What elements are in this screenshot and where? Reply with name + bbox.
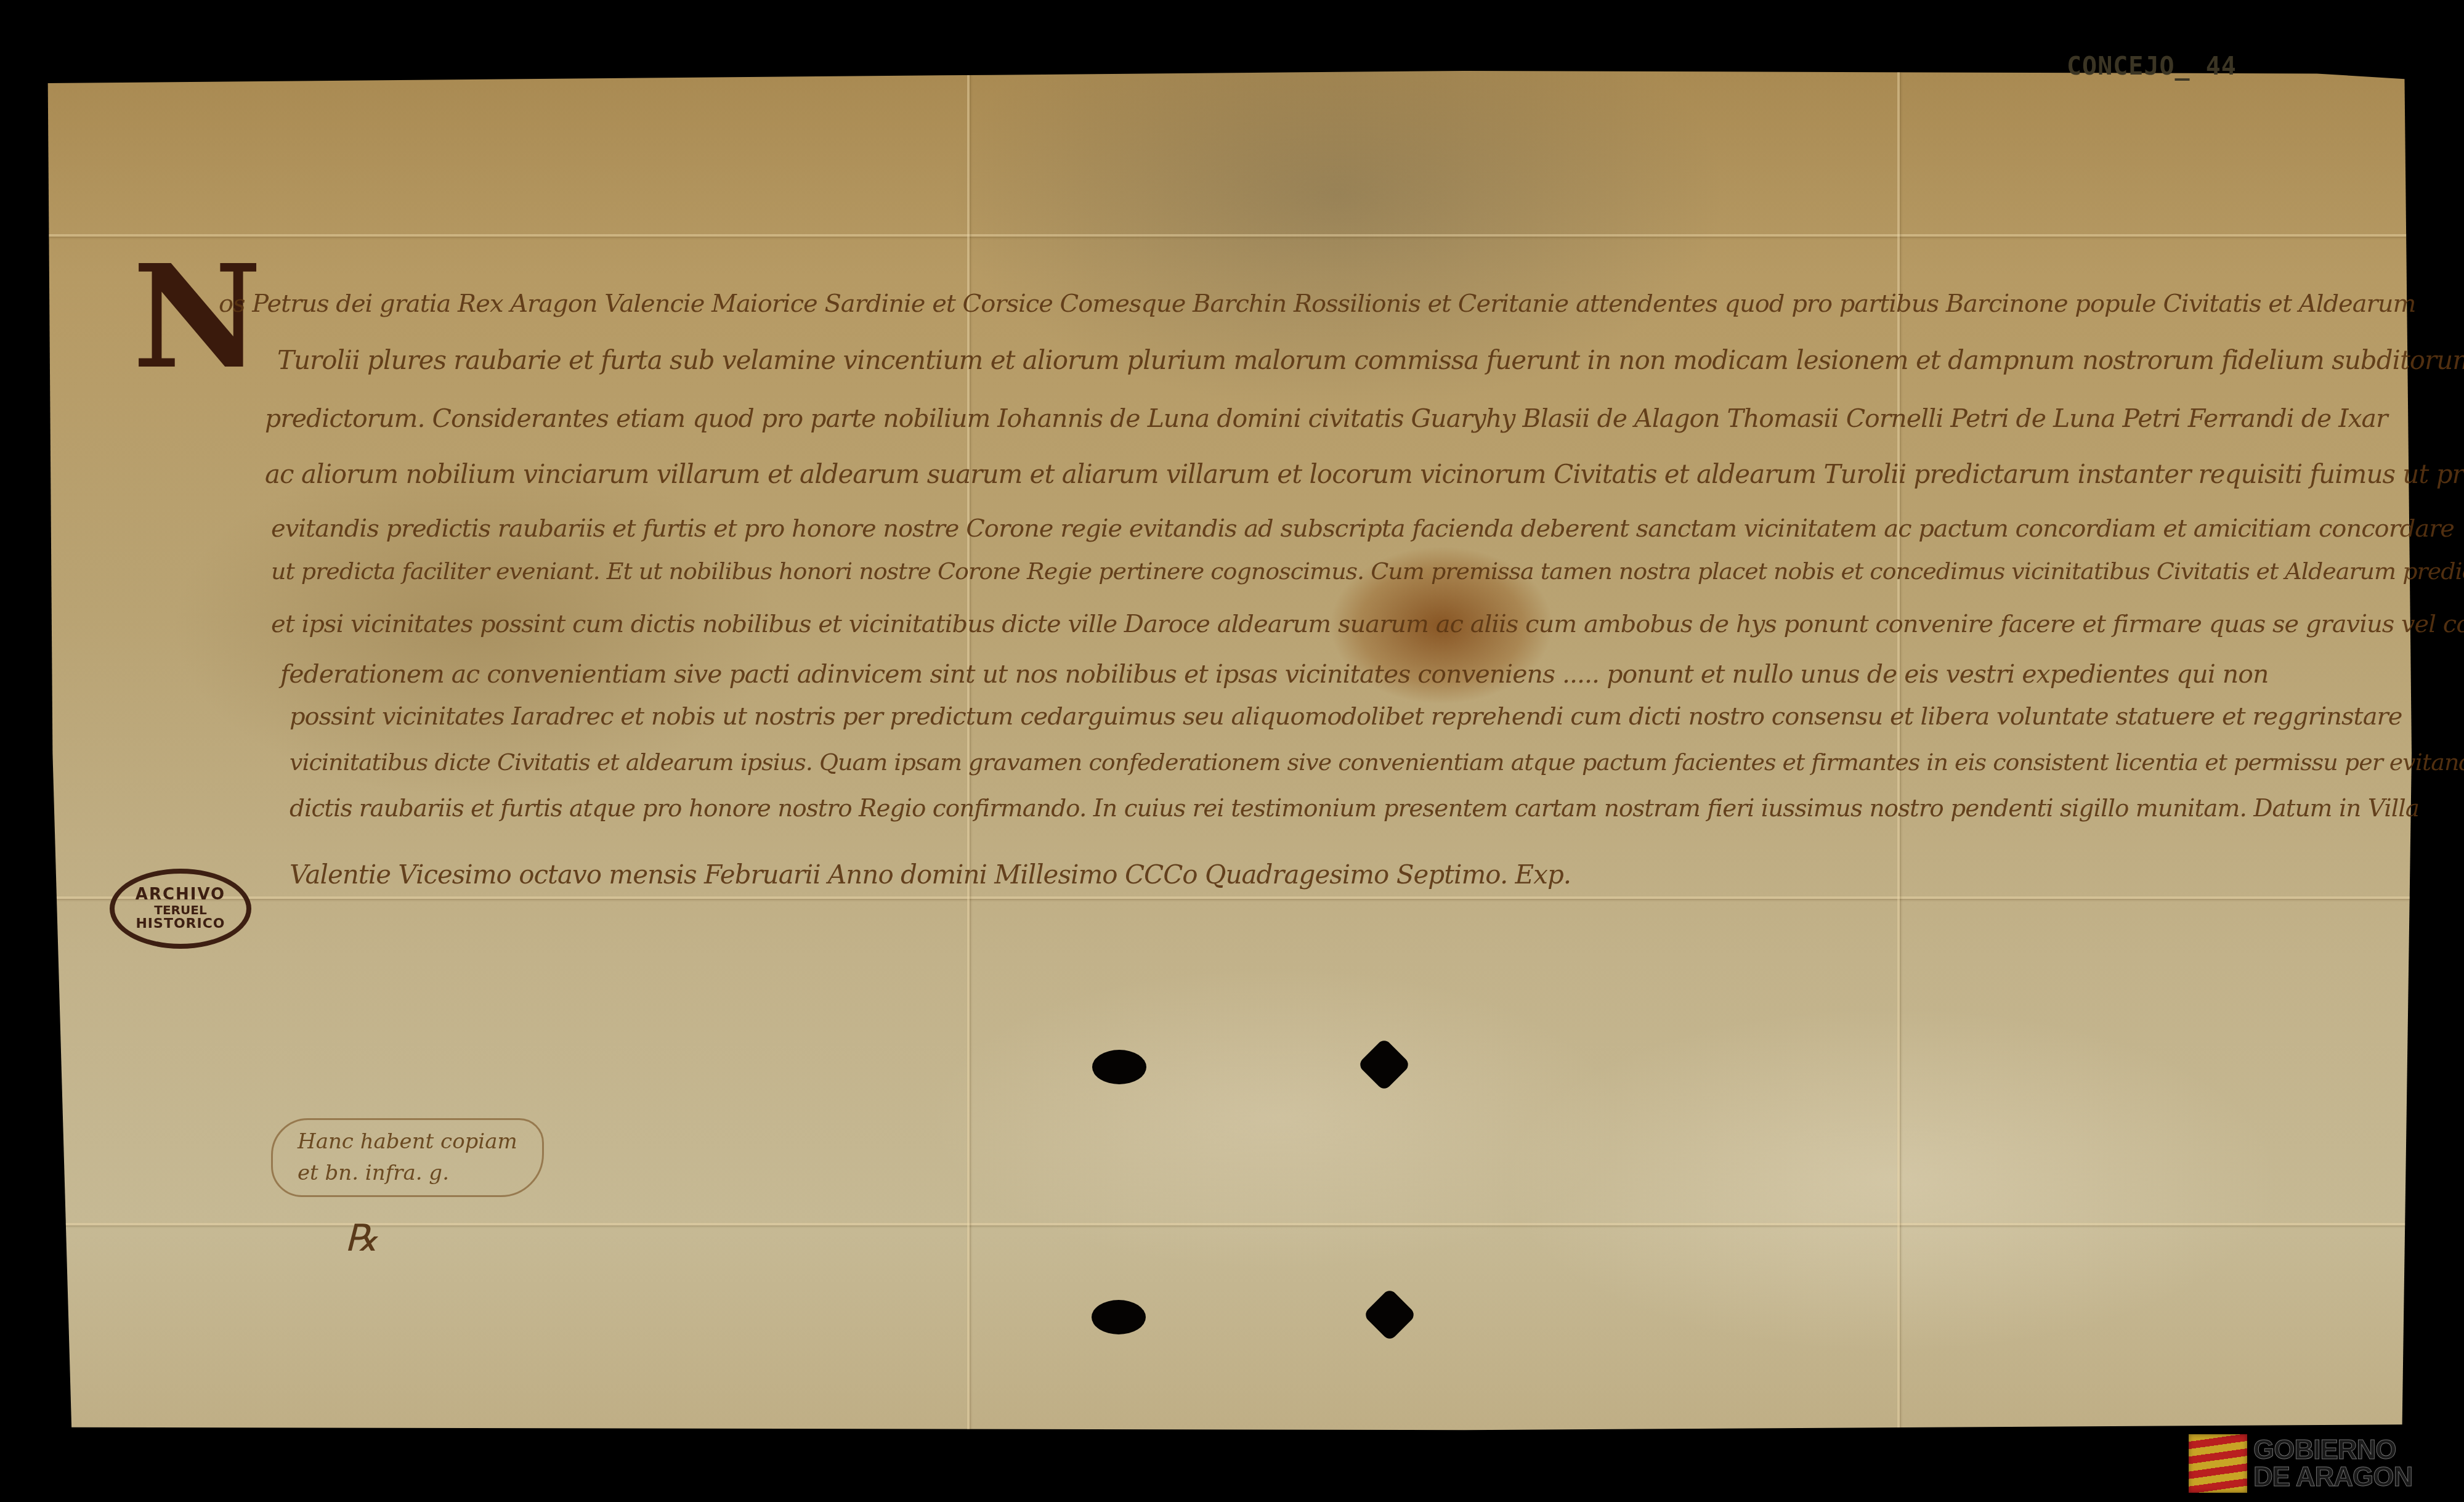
- text-line: os Petrus dei gratia Rex Aragon Valencie…: [219, 290, 2415, 318]
- text-line: ut predicta faciliter eveniant. Et ut no…: [271, 558, 2464, 585]
- seal-hole: [1092, 1300, 1146, 1334]
- text-line: dictis raubariis et furtis atque pro hon…: [290, 795, 2419, 822]
- text-line: predictorum. Considerantes etiam quod pr…: [265, 404, 2388, 433]
- stamp-line: HISTORICO: [136, 917, 225, 931]
- text-line: possint vicinitates Iaradrec et nobis ut…: [290, 702, 2402, 731]
- watermark-line: GOBIERNO: [2253, 1437, 2412, 1463]
- fold-line: [43, 896, 2412, 899]
- stamp-line: ARCHIVO: [136, 887, 225, 903]
- text-line: vicinitatibus dicte Civitatis et aldearu…: [290, 749, 2464, 776]
- fold-line: [43, 1223, 2412, 1225]
- fold-line: [43, 234, 2412, 237]
- text-line: Valentie Vicesimo octavo mensis Februari…: [290, 859, 1571, 890]
- text-line: Turolii plures raubarie et furta sub vel…: [277, 345, 2464, 375]
- text-line: et ipsi vicinitates possint cum dictis n…: [271, 610, 2464, 638]
- stamp-line: TERUEL: [154, 904, 206, 917]
- marginal-annotation: Hanc habent copiam et bn. infra. g.: [271, 1118, 544, 1197]
- aragon-flag-icon: [2189, 1434, 2247, 1493]
- annotation-line: Hanc habent copiam: [298, 1126, 517, 1158]
- seal-hole: [1092, 1050, 1146, 1084]
- text-line: ac aliorum nobilium vinciarum villarum e…: [265, 459, 2464, 489]
- gobierno-aragon-watermark: GOBIERNO DE ARAGON: [2189, 1434, 2412, 1493]
- watermark-text: GOBIERNO DE ARAGON: [2253, 1437, 2412, 1490]
- annotation-line: et bn. infra. g.: [298, 1158, 517, 1189]
- text-line: evitandis predictis raubariis et furtis …: [271, 514, 2454, 543]
- archive-stamp: ARCHIVO TERUEL HISTORICO: [110, 869, 251, 949]
- registration-mark: ℞: [345, 1217, 378, 1260]
- watermark-line: DE ARAGON: [2253, 1464, 2412, 1490]
- catalog-number: CONCEJO_ 44: [2067, 52, 2237, 81]
- text-line: federationem ac convenientiam sive pacti…: [280, 659, 2268, 689]
